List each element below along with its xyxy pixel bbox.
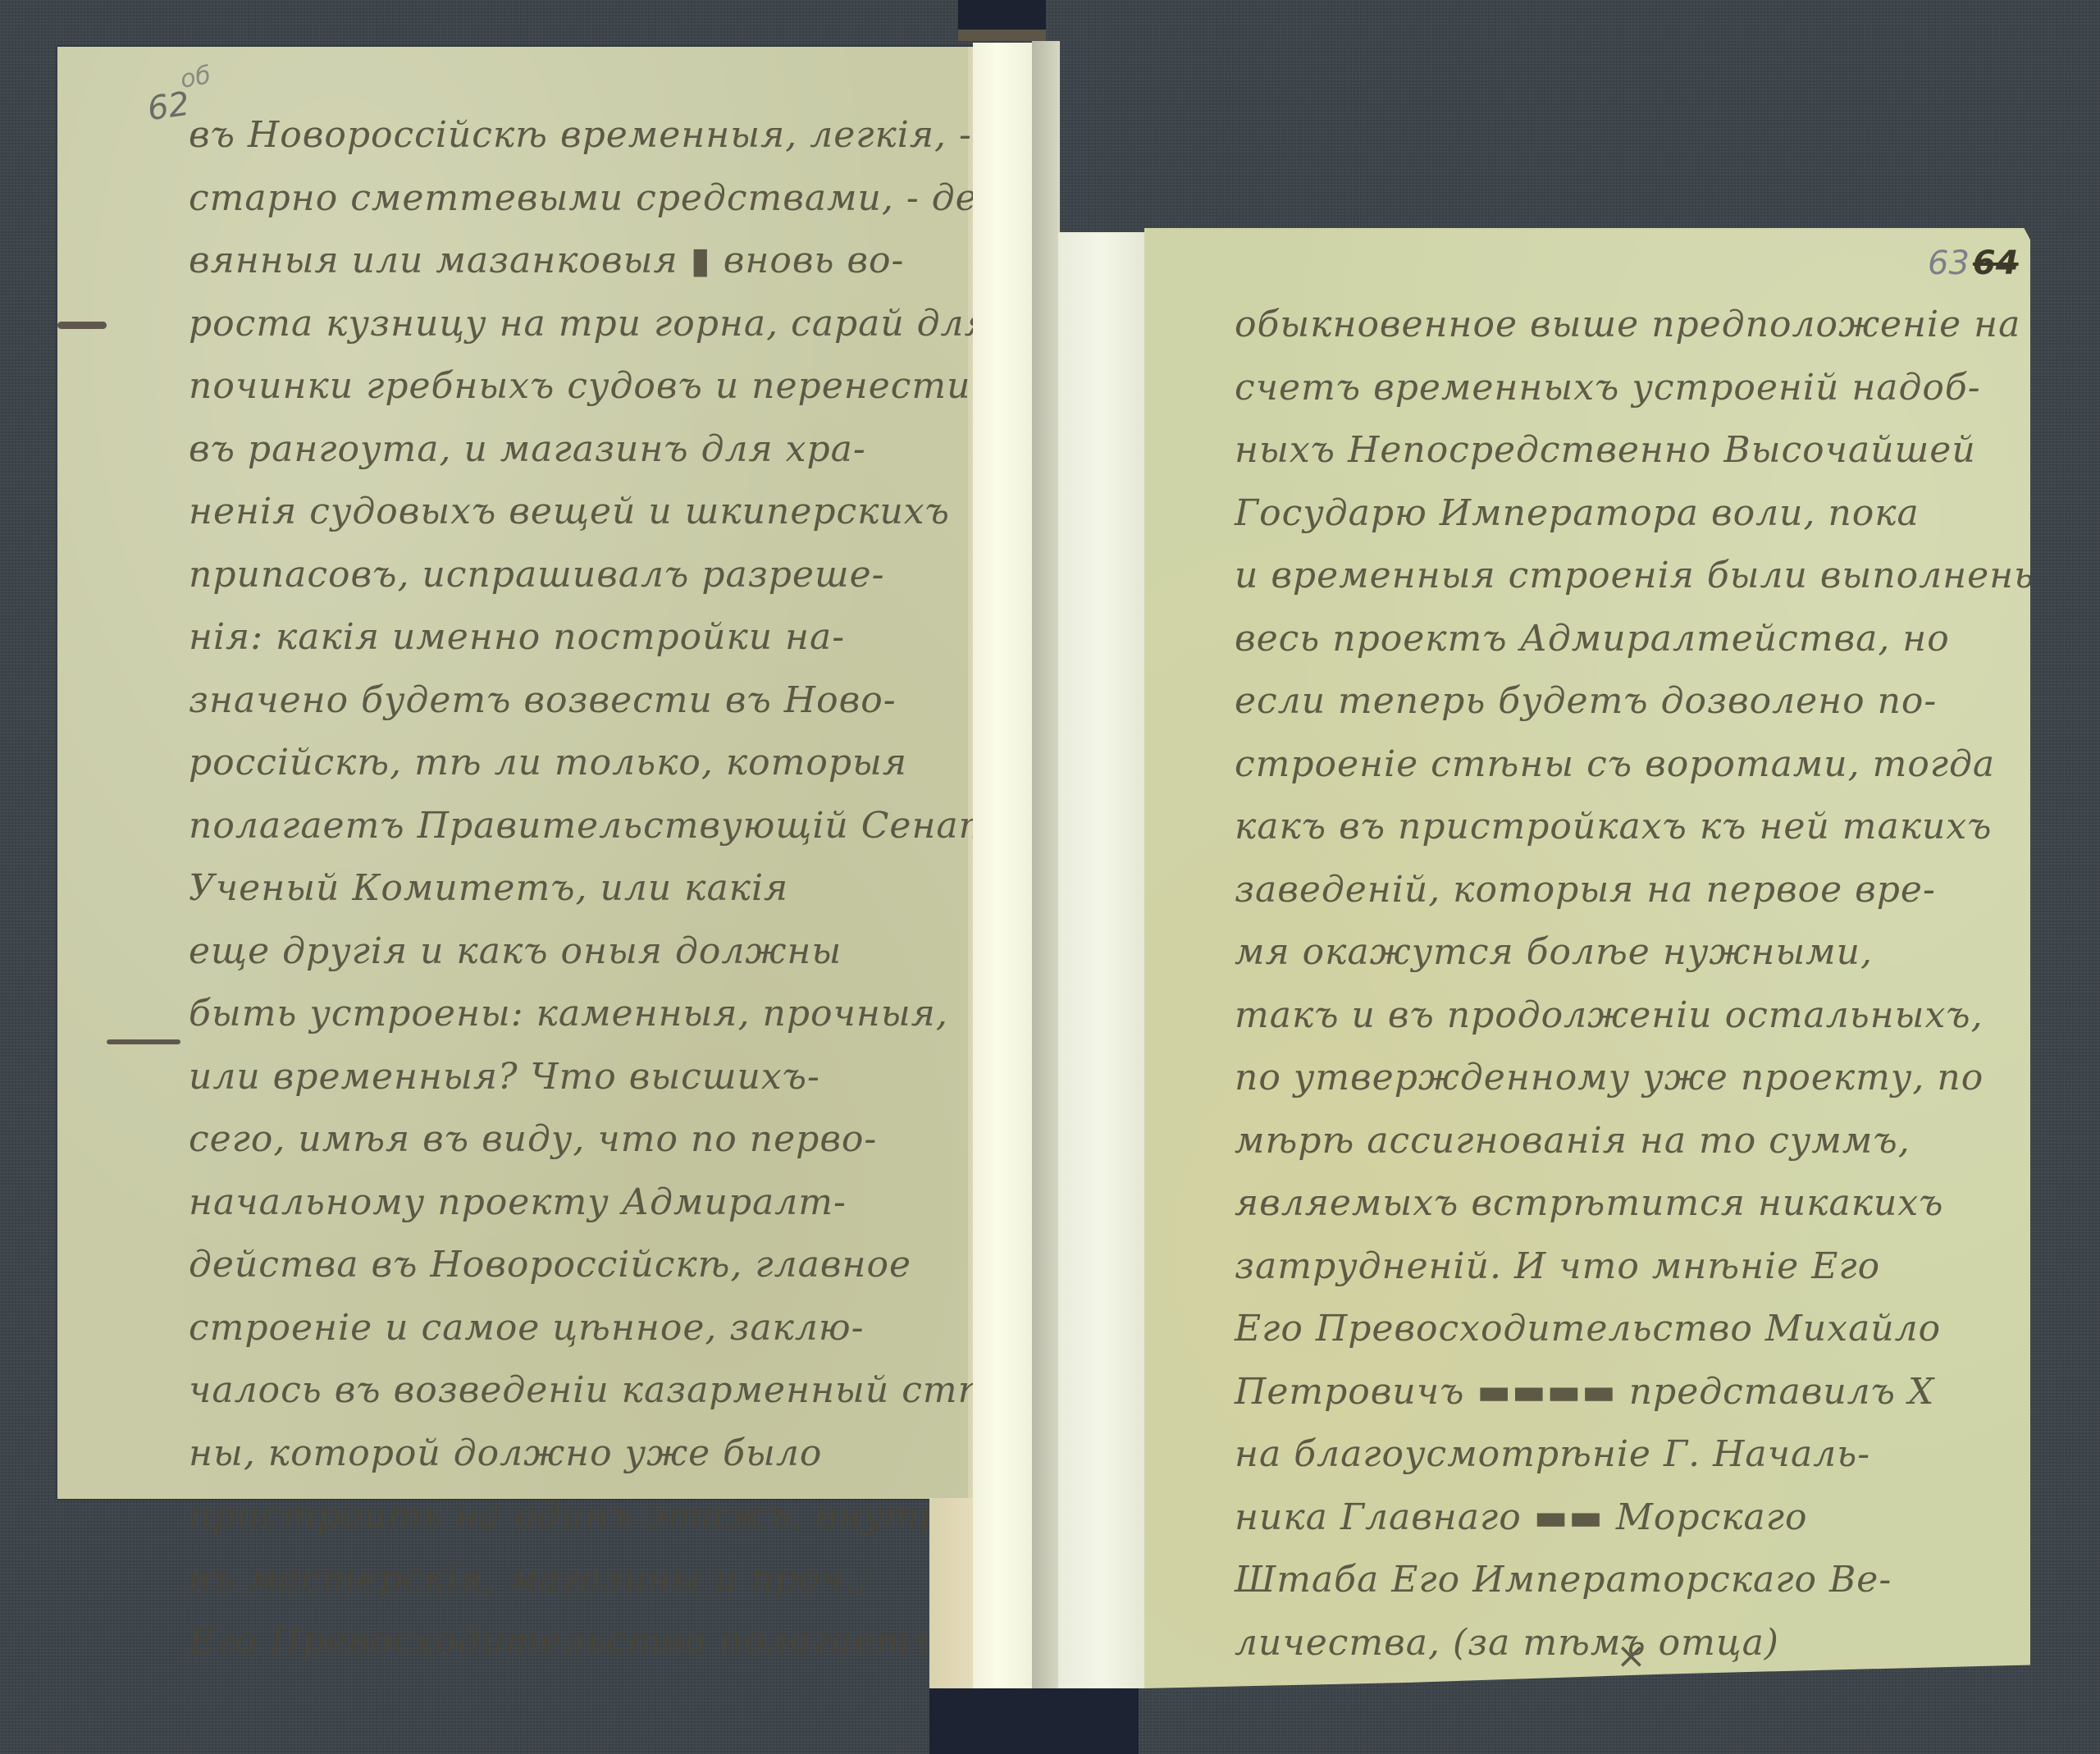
text-line: Штаба Его Императорскаго Ве- — [1235, 1549, 2044, 1612]
text-line: ныхъ Непосредственно Высочайшей — [1235, 419, 2044, 482]
text-line: обыкновенное выше предположеніе на — [1235, 294, 2044, 357]
text-line: Его Превосходительство Михайло — [1235, 1298, 2044, 1361]
text-line: Петровичъ ▬▬▬▬ представилъ X — [1235, 1361, 2044, 1424]
handwritten-text-left: въ Новороссійскѣ временныя, легкія, - со… — [189, 104, 1037, 1674]
text-line: быть устроены: каменныя, прочныя, — [189, 983, 1037, 1046]
text-line: мѣрѣ ассигнованія на то суммъ, — [1235, 1110, 2044, 1173]
folio-old-number: 63 — [1928, 244, 1970, 282]
mount-gap-top — [958, 0, 1046, 41]
text-line: россійскѣ, тѣ ли только, которыя — [189, 732, 1037, 795]
text-line: нія: какія именно постройки на- — [189, 606, 1037, 669]
text-line: мя окажутся болѣе нужными, — [1235, 921, 2044, 984]
text-line: по утвержденному уже проекту, по — [1235, 1047, 2044, 1110]
text-line: или временныя? Что высшихъ- — [189, 1046, 1037, 1109]
folio-verso-mark: об — [178, 61, 212, 94]
text-line: значено будетъ возвести въ Ново- — [189, 669, 1037, 733]
manuscript-page-left: 62 об въ Новороссійскѣ временныя, легкія… — [57, 47, 1001, 1499]
binding-guard-strip — [973, 43, 1034, 1688]
text-line: какъ въ пристройкахъ къ ней такихъ — [1235, 796, 2044, 859]
text-line: затрудненій. И что мнѣніе Его — [1235, 1236, 2044, 1299]
text-line: строеніе и самое цѣнное, заклю- — [189, 1297, 1037, 1360]
text-line: весь проектъ Адмиралтейства, но — [1235, 608, 2044, 671]
text-line: заведеній, которыя на первое вре- — [1235, 859, 2044, 922]
text-line: роста кузницу на три горна, сарай для — [189, 293, 1037, 356]
binding-band — [958, 30, 1046, 41]
text-line: въ Новороссійскѣ временныя, легкія, - со — [189, 104, 1037, 167]
binding-shadow — [1032, 41, 1060, 1688]
text-line: старно сметтевыми средствами, - дере- — [189, 167, 1037, 231]
page-stub — [929, 1498, 975, 1688]
cross-mark-icon: × — [1616, 1635, 1646, 1677]
text-line: счетъ временныхъ устроеній надоб- — [1235, 357, 2044, 420]
text-line: действа въ Новороссійскѣ, главное — [189, 1234, 1037, 1297]
text-line: чалось въ возведеніи казарменный стѣ- — [189, 1359, 1037, 1423]
text-line: начальному проекту Адмиралт- — [189, 1172, 1037, 1235]
manuscript-page-right: 6364 обыкновенное выше предположеніе на … — [1144, 228, 2030, 1688]
mount-gap-bottom — [929, 1688, 1139, 1754]
text-line: сего, имѣя въ виду, что по перво- — [189, 1108, 1037, 1172]
text-line: ника Главнаго ▬▬ Морскаго — [1235, 1487, 2044, 1550]
text-line: пристроить на одинъ этажъ, внутри — [189, 1485, 1037, 1548]
text-line: еще другія и какъ оныя должны — [189, 920, 1037, 984]
text-line: вянныя или мазанковыя ▮ вновь во- — [189, 230, 1037, 293]
text-line: припасовъ, испрашивалъ разреше- — [189, 544, 1037, 607]
margin-dash-mark — [107, 1039, 180, 1044]
text-line: строеніе стѣны съ воротами, тогда — [1235, 733, 2044, 797]
folio-new-number: 64 — [1973, 244, 2019, 282]
text-line: Его Превосходительство полагаетъ — [189, 1610, 1037, 1674]
text-line: полагаетъ Правительствующій Сенатъ — [189, 795, 1037, 858]
text-line: Государю Императора воли, пока — [1235, 482, 2044, 546]
text-line: въ мастерскія, магазины и проч.; — [189, 1548, 1037, 1611]
text-line: на благоусмотрѣніе Г. Началь- — [1235, 1423, 2044, 1487]
text-line: Ученый Комитетъ, или какія — [189, 857, 1037, 920]
text-line: и временныя строенія были выполнены — [1235, 545, 2044, 608]
text-line: въ рангоута, и магазинъ для хра- — [189, 418, 1037, 482]
margin-dash-mark — [57, 322, 107, 329]
binding-guard-strip — [1058, 232, 1145, 1688]
text-line: такъ и въ продолженіи остальныхъ, — [1235, 984, 2044, 1048]
text-line: починки гребныхъ судовъ и перенести — [189, 355, 1037, 418]
handwritten-text-right: обыкновенное выше предположеніе на счетъ… — [1235, 294, 2044, 1738]
text-line: ненія судовыхъ вещей и шкиперскихъ — [189, 481, 1037, 544]
text-line: являемыхъ встрѣтится никакихъ — [1235, 1172, 2044, 1236]
text-line: если теперь будетъ дозволено по- — [1235, 670, 2044, 733]
text-line: ны, которой должно уже было — [189, 1423, 1037, 1486]
folio-number-right: 6364 — [1928, 244, 2019, 282]
